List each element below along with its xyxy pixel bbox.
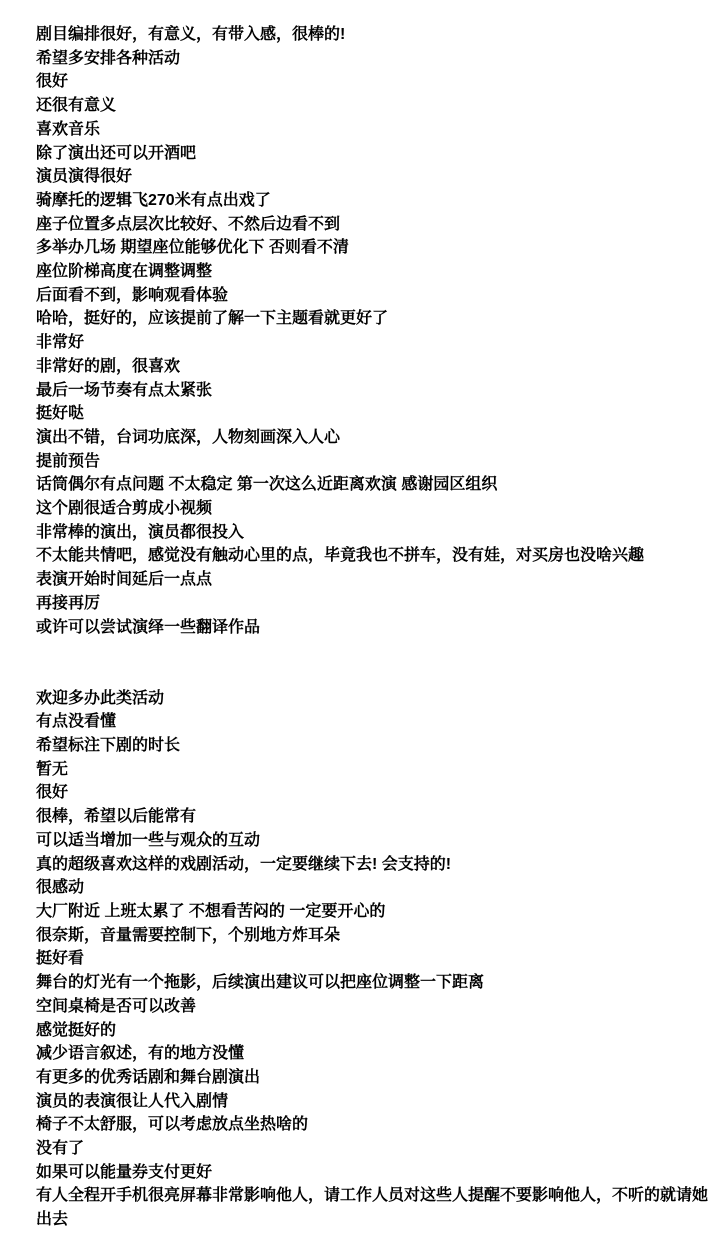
feedback-line: 减少语言叙述，有的地方没懂 — [36, 1042, 710, 1066]
feedback-line: 挺好看 — [36, 947, 710, 971]
feedback-line: 很奈斯，音量需要控制下，个别地方炸耳朵 — [36, 924, 710, 948]
feedback-line: 除了演出还可以开酒吧 — [36, 142, 710, 166]
feedback-line: 座子位置多点层次比较好、不然后边看不到 — [36, 213, 710, 237]
feedback-line: 很好 — [36, 70, 710, 94]
feedback-line: 欢迎多办此类活动 — [36, 687, 710, 711]
feedback-line: 哈哈，挺好的，应该提前了解一下主题看就更好了 — [36, 307, 710, 331]
feedback-line: 可以适当增加一些与观众的互动 — [36, 829, 710, 853]
feedback-document: 剧目编排很好，有意义，有带入感，很棒的!希望多安排各种活动很好还很有意义喜欢音乐… — [0, 0, 720, 1245]
feedback-line: 还很有意义 — [36, 94, 710, 118]
feedback-line: 剧目编排很好，有意义，有带入感，很棒的! — [36, 23, 710, 47]
feedback-line: 希望多安排各种活动 — [36, 47, 710, 71]
feedback-line: 挺好哒 — [36, 402, 710, 426]
feedback-line: 有人全程开手机很亮屏幕非常影响他人，请工作人员对这些人提醒不要影响他人，不听的就… — [36, 1184, 710, 1231]
feedback-line: 再接再厉 — [36, 592, 710, 616]
feedback-line: 非常好的剧，很喜欢 — [36, 355, 710, 379]
feedback-line: 感觉挺好的 — [36, 1019, 710, 1043]
feedback-line: 演员演得很好 — [36, 165, 710, 189]
feedback-line: 这个剧很适合剪成小视频 — [36, 497, 710, 521]
feedback-line: 有更多的优秀话剧和舞台剧演出 — [36, 1066, 710, 1090]
feedback-line: 很好 — [36, 781, 710, 805]
blank-line — [36, 639, 710, 663]
feedback-line: 很感动 — [36, 876, 710, 900]
feedback-line: 提前预告 — [36, 450, 710, 474]
feedback-line: 暂无 — [36, 758, 710, 782]
feedback-line: 非常棒的演出，演员都很投入 — [36, 521, 710, 545]
feedback-line: 舞台的灯光有一个拖影，后续演出建议可以把座位调整一下距离 — [36, 971, 710, 995]
feedback-line: 很棒，希望以后能常有 — [36, 805, 710, 829]
feedback-line: 骑摩托的逻辑飞270米有点出戏了 — [36, 189, 710, 213]
feedback-line: 有点没看懂 — [36, 710, 710, 734]
feedback-line: 演出不错，台词功底深，人物刻画深入人心 — [36, 426, 710, 450]
feedback-line: 座位阶梯高度在调整调整 — [36, 260, 710, 284]
feedback-line: 演员的表演很让人代入剧情 — [36, 1090, 710, 1114]
feedback-line: 后面看不到，影响观看体验 — [36, 284, 710, 308]
feedback-line: 喜欢音乐 — [36, 118, 710, 142]
feedback-line: 椅子不太舒服，可以考虑放点坐热啥的 — [36, 1113, 710, 1137]
feedback-line: 话筒偶尔有点问题 不太稳定 第一次这么近距离欢演 感谢园区组织 — [36, 473, 710, 497]
feedback-line: 或许可以尝试演绎一些翻译作品 — [36, 616, 710, 640]
feedback-line: 多举办几场 期望座位能够优化下 否则看不清 — [36, 236, 710, 260]
feedback-line: 空间桌椅是否可以改善 — [36, 995, 710, 1019]
feedback-line: 不太能共情吧，感觉没有触动心里的点，毕竟我也不拼车，没有娃，对买房也没啥兴趣 — [36, 544, 710, 568]
feedback-line: 真的超级喜欢这样的戏剧活动，一定要继续下去! 会支持的! — [36, 853, 710, 877]
feedback-line: 没有了 — [36, 1137, 710, 1161]
feedback-line: 如果可以能量券支付更好 — [36, 1161, 710, 1185]
feedback-line: 非常好 — [36, 331, 710, 355]
feedback-line: 表演开始时间延后一点点 — [36, 568, 710, 592]
feedback-line: 最后一场节奏有点太紧张 — [36, 379, 710, 403]
feedback-line: 希望标注下剧的时长 — [36, 734, 710, 758]
blank-line — [36, 663, 710, 687]
feedback-line: 大厂附近 上班太累了 不想看苦闷的 一定要开心的 — [36, 900, 710, 924]
